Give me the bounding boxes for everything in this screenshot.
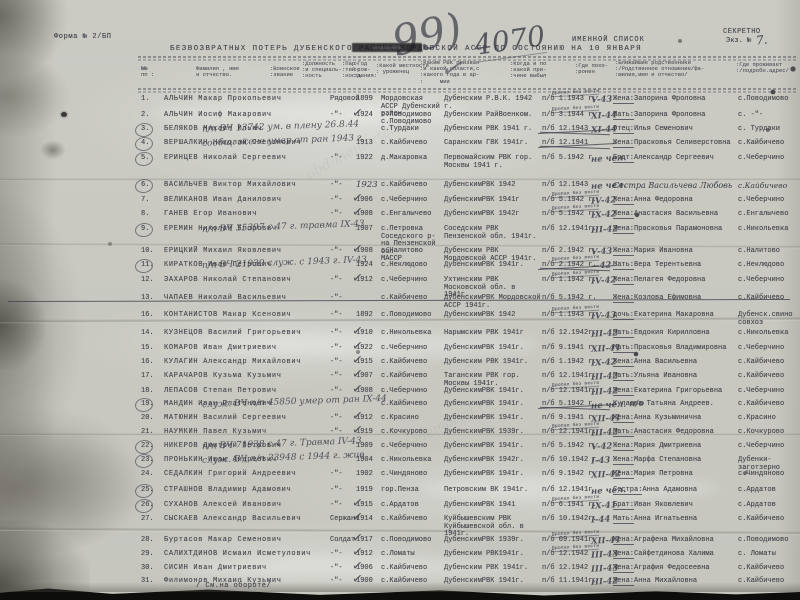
row-residence: с. Ломаты xyxy=(738,551,796,559)
table-row: 12.ЗАХАРОВ Николай Степанович-"-✓1912с.Ч… xyxy=(0,277,800,291)
row-number: 2. xyxy=(141,112,149,120)
row-lost-date: п/б 12.1943 xyxy=(542,182,588,190)
row-drafted-by: Нарымским РВК 1941г xyxy=(444,330,541,338)
row-relative: Жена:Аграфия Федосеевна xyxy=(613,565,710,573)
row-lost-date: п/б 6.1941 г. xyxy=(542,502,597,510)
row-rank: Рядовой xyxy=(330,96,359,104)
row-birthplace: с.Чеберчино xyxy=(381,388,443,396)
row-lost-date: п/б 12.1941г. xyxy=(542,373,597,381)
row-drafted-by: ДубенскимРВК 1941г. xyxy=(444,262,541,270)
row-residence: с.Кайбичево xyxy=(738,565,796,573)
row-lost-date: п/б 12.1941г. xyxy=(542,388,597,396)
row-number: 24. xyxy=(141,471,154,479)
table-row: 3.БЕЛЯКОВ Михаил Ильичс.ТурдакиДубенским… xyxy=(0,126,800,140)
row-residence: с.Кайбичево xyxy=(738,516,796,524)
row-birthplace: с.Кайбичево xyxy=(381,140,443,148)
row-number: 19. xyxy=(141,401,154,409)
row-birthplace: с.Чеберчино xyxy=(381,345,443,353)
table-row: 16.КУЛАГИН Александр Михайлович-"-✓1915с… xyxy=(0,359,800,373)
row-relative: Мать:Анна Игнатьевна xyxy=(613,516,697,524)
row-birthplace: с.Ардатов xyxy=(381,502,443,510)
row-number: 28. xyxy=(141,537,154,545)
row-relative: Жена:Мария Дмитриевна xyxy=(613,443,701,451)
table-row: 28.Буртасов Макар СеменовичСолдат✓1917с.… xyxy=(0,537,800,551)
row-birthplace: с.Никольевка xyxy=(381,457,443,465)
kinship-label: Жена: xyxy=(613,358,634,367)
row-number: 6. xyxy=(141,182,149,190)
kinship-label: Отец: xyxy=(613,125,634,134)
row-drafted-by: ДубенскимРВК 1941г. xyxy=(444,443,541,451)
row-relative: Отец:Илья Семенович xyxy=(613,126,693,134)
row-number: 12. xyxy=(141,277,154,285)
kinship-label: Сестра: xyxy=(613,486,642,495)
row-number: 16. xyxy=(141,312,154,320)
row-rank: -"- xyxy=(330,487,343,495)
row-year: 1915 xyxy=(356,359,373,367)
row-lost-date: п/б 5.1942 г. xyxy=(542,211,597,219)
table-row: 8.ГАНЕВ Егор Иванович-"-✓1908с.Енгалычев… xyxy=(0,211,800,225)
kinship-label: Жена: xyxy=(613,470,634,479)
row-birthplace: с.Поводимово xyxy=(381,537,443,545)
row-year: 1919 xyxy=(356,487,373,495)
table-row: 22.НИКЕРОВ Дмитрий Петрович1909с.Чеберчи… xyxy=(0,443,800,457)
row-relative: Жена:Марфа Степановна xyxy=(613,457,701,465)
row-drafted-by: ДубенскимРВК 1941г. xyxy=(444,471,541,479)
row-birthplace: с.Поводимово xyxy=(381,312,443,320)
row-number: 8. xyxy=(141,211,149,219)
row-number: 10. xyxy=(141,248,154,256)
row-name: СЕДАЛКИН Григорий Андреевич xyxy=(164,471,296,479)
row-drafted-by: Саранским ГВК 1941г. xyxy=(444,140,541,148)
column-header: :Каким РВК призван :и какой области,с :к… xyxy=(420,60,479,85)
row-relative: Кулаева Татьяна Андреев. xyxy=(613,401,714,409)
row-number: 1. xyxy=(141,96,149,104)
row-lost-date: п/б 12.1941г. xyxy=(542,226,597,234)
table-row: 25.СТРАШНОВ Владимир Адамович-"-1919гор.… xyxy=(0,487,800,501)
table-row: 16.КОНТАНИСТОВ Макар Ксенович-"-1892с.По… xyxy=(0,312,800,326)
row-number: 11. xyxy=(141,262,154,270)
row-relative: Жена:Екатерина Григорьевна xyxy=(613,388,722,396)
row-lost-date: п/б 3.1944 г. xyxy=(542,112,597,120)
row-relative: Жена:Мария Ивановна xyxy=(613,248,693,256)
table-row: 21.НАУМКИН Павел Кузьмич-"-✓1919с.Кочкур… xyxy=(0,429,800,443)
row-birthplace: с.Никольевка xyxy=(381,330,443,338)
row-year: 1906 xyxy=(356,197,373,205)
table-row: 10.ЕРИЦКИЙ Михаил Яковлевич-"-✓1908с.Нал… xyxy=(0,248,800,262)
row-drafted-by: Соседским РВК Пензенской обл. 1941г. xyxy=(444,226,541,241)
table-row: 20.МАТЮНИН Василий Сергеевич-"-✓1912с.Кр… xyxy=(0,415,800,429)
row-number: 29. xyxy=(141,551,154,559)
table-row: 1.АЛЬЧИН Макар ПрокопьевичРядовой1899Мор… xyxy=(0,96,800,110)
row-name: ЕРИЦКИЙ Михаил Яковлевич xyxy=(164,248,282,256)
row-name: КОНТАНИСТОВ Макар Ксенович xyxy=(164,312,291,320)
kinship-label: Жена: xyxy=(613,225,634,234)
row-number: 20. xyxy=(141,415,154,423)
row-year: 1902 xyxy=(356,471,373,479)
row-number: 14. xyxy=(141,330,154,338)
row-relative: Жена:Анна Федоровна xyxy=(613,197,693,205)
row-number: 22. xyxy=(141,443,154,451)
row-number: 16. xyxy=(141,359,154,367)
kinship-label: Брат: xyxy=(613,501,634,510)
table-rule xyxy=(138,88,796,90)
row-relative: Брат:Иван Яковлевич xyxy=(613,502,693,510)
row-number: 21. xyxy=(141,429,154,437)
row-number: 3. xyxy=(141,126,149,134)
row-residence: с.Чиндяново xyxy=(738,471,796,479)
row-name: ЗАХАРОВ Николай Степанович xyxy=(164,277,291,285)
row-name: СТРАШНОВ Владимир Адамович xyxy=(164,487,291,495)
row-relative: Мать:Вера Терентьевна xyxy=(613,262,701,270)
row-drafted-by: ДубенскимРВК 1941г. xyxy=(444,345,541,353)
row-lost-date: п/б 9.1942 г. xyxy=(542,471,597,479)
row-year: 1899 xyxy=(356,96,373,104)
kinship-label: Жена: xyxy=(613,536,634,545)
row-birthplace: с.Кайбичево xyxy=(381,516,443,524)
row-name: САЛИХТДИНОВ Исмаил Исметулович xyxy=(164,551,311,559)
row-birthplace: с.Кайбичево xyxy=(381,401,443,409)
row-residence: с.Кайбичево xyxy=(738,373,796,381)
row-lost-date: п/б 1.1943 г. xyxy=(542,312,597,320)
row-relative: Жена:Аграфена Михайловна xyxy=(613,537,714,545)
row-residence: с.Налитово xyxy=(738,248,796,256)
row-number: 18. xyxy=(141,388,154,396)
row-drafted-by: Дубенским РВК 1941г. xyxy=(444,359,541,367)
hand-date-mark: I-44 xyxy=(591,515,611,526)
document-scan: obd-memorial.ru obd-memorial.ru Форма № … xyxy=(0,0,800,600)
row-residence: с. -"- xyxy=(738,112,796,120)
row-rank: -"- xyxy=(330,345,343,353)
row-rank: -"- xyxy=(330,502,343,510)
row-lost-date: п/б 1.1943 г. xyxy=(542,96,597,104)
table-row: 14.КУЗНЕЦОВ Василий Григорьевич-"-✓1910с… xyxy=(0,330,800,344)
row-name: СИСИН Иван Дмитриевич xyxy=(164,565,267,573)
kinship-label: Мать: xyxy=(613,515,634,524)
row-residence: с.Поводимово xyxy=(738,537,796,545)
kinship-label: Жена: xyxy=(613,414,634,423)
row-rank: -"- xyxy=(330,182,343,190)
row-rank: -"- xyxy=(330,359,343,367)
row-rank: -"- xyxy=(330,277,343,285)
row-name: ВЕЛИКАНОВ Иван Данилович xyxy=(164,197,282,205)
table-row: 2.АЛЬЧИН Иосиф Макарович-"-✓1924с.Поводи… xyxy=(0,112,800,126)
row-name: КОМАРОВ Иван Дмитриевич xyxy=(164,345,277,353)
row-name: КУЛАГИН Александр Михайлович xyxy=(164,359,301,367)
hand-date-mark: I-43 xyxy=(591,456,611,467)
kinship-label: Жена: xyxy=(613,387,634,396)
row-relative: Сестра:Анна Адамовна xyxy=(613,487,697,495)
table-row: 29.САЛИХТДИНОВ Исмаил Исметулович-"-✓191… xyxy=(0,551,800,565)
row-year: 1922 xyxy=(356,345,373,353)
row-drafted-by: ДубенскимРВК 1941г. xyxy=(444,415,541,423)
row-drafted-by: Первомайским РВК гор. Москвы 1941 г. xyxy=(444,155,541,170)
row-residence: с.Чеберчино xyxy=(738,345,796,353)
kinship-label: Мать: xyxy=(613,344,634,353)
row-name: СЫСКАЕВ Александр Васильевич xyxy=(164,516,301,524)
row-relative: Жена:Пелагея Федоровна xyxy=(613,277,705,285)
row-residence: с.Чеберчино xyxy=(738,277,796,285)
column-header: :Где похо- :ронен xyxy=(575,63,608,75)
row-residence: с.Ардатов xyxy=(738,502,796,510)
row-birthplace: с.Чеберчино xyxy=(381,443,443,451)
kinship-label: Мать: xyxy=(613,111,634,120)
table-row: 4.ВЕРШАЛКИН Николай Степанович1913с.Кайб… xyxy=(0,140,800,154)
row-lost-date: п/б 12.1942г. xyxy=(542,330,597,338)
row-birthplace: д.Макаровка xyxy=(381,155,443,163)
row-year: 1912 xyxy=(356,277,373,285)
kinship-label: Брат: xyxy=(613,154,634,163)
row-name: КУЗНЕЦОВ Василий Григорьевич xyxy=(164,330,301,338)
row-drafted-by: Дубенским РВК 1941г. xyxy=(444,565,541,573)
row-drafted-by: Дубенским РВК1941г. xyxy=(444,551,541,559)
table-row: 27.СЫСКАЕВ Александр ВасильевичСержант✓1… xyxy=(0,516,800,530)
kinship-label: Жена: xyxy=(613,210,634,219)
row-relative: Жена:Анастасия Васильевна xyxy=(613,211,718,219)
row-drafted-by: ДубенскимРВК 1939г. xyxy=(444,537,541,545)
table-row: 11.КИРАТКОВ Иван Петрович1924с.Неклюдово… xyxy=(0,262,800,276)
row-birthplace: с.Поводимово xyxy=(381,112,443,120)
row-relative: дочь:Екатерина Макаровна xyxy=(613,312,714,320)
ink-specks xyxy=(0,0,2,2)
table-row: 17.КАРАЧАРОВ Кузьма Кузьмич-"-✓1907с.Кай… xyxy=(0,373,800,387)
row-relative: Мать:Анастасия Федоровна xyxy=(613,429,714,437)
row-lost-date: п/б 12.1941г xyxy=(542,487,592,495)
row-relative: Мать:Евдокия Кирилловна xyxy=(613,330,710,338)
copy-number-hand: 7. xyxy=(755,32,768,47)
row-number: 25. xyxy=(141,487,154,495)
column-header: Фамилия , имя и отчество. xyxy=(196,66,239,78)
kinship-label: Жена: xyxy=(613,196,634,205)
row-residence: с.Никольевка xyxy=(738,226,796,234)
row-year: 1892 xyxy=(356,312,373,320)
strike-line xyxy=(540,146,610,149)
row-birthplace: с.Красино xyxy=(381,415,443,423)
row-name: ЕРИНЦЕВ Николай Сергеевич xyxy=(164,155,287,163)
row-number: 5. xyxy=(141,155,149,163)
row-residence: с.Чеберчино xyxy=(738,443,796,451)
row-name: МАТЮНИН Василий Сергеевич xyxy=(164,415,287,423)
row-rank: -"- xyxy=(330,295,343,303)
scan-edge-shadow xyxy=(0,582,800,592)
table-rule xyxy=(138,91,796,93)
row-rank: -"- xyxy=(330,112,343,120)
row-residence: с.Никольевка xyxy=(738,330,796,338)
kinship-label: Жена: xyxy=(613,247,634,256)
row-drafted-by: ДубенскимРВК 1942 xyxy=(444,182,541,190)
row-lost-date: п/б 10.1942г. xyxy=(542,516,597,524)
row-birthplace: с.Ломаты xyxy=(381,551,443,559)
row-residence: с.Неклюдово xyxy=(738,262,796,270)
row-lost-date: п/б 5.1942 г xyxy=(542,155,592,163)
table-rule xyxy=(138,56,796,58)
row-year: 1915 xyxy=(356,502,373,510)
table-row: 15.КОМАРОВ Иван Дмитриевич-"-✓1922с.Чебе… xyxy=(0,345,800,359)
row-drafted-by: ДубенскимРВК 1941г. xyxy=(444,401,541,409)
row-birthplace: гор.Пенза xyxy=(381,487,443,495)
kinship-label: Мать: xyxy=(613,372,634,381)
row-rank: -"- xyxy=(330,373,343,381)
row-residence: с.Ардатов xyxy=(738,487,796,495)
row-year: 1912 xyxy=(356,415,373,423)
row-name: ВАСИЛЬЧЕВ Виктор Михайлович xyxy=(164,182,296,190)
row-drafted-by: ДубенскимРВК Мордовской АССР 1941г. xyxy=(444,295,541,310)
row-name: НАУМКИН Павел Кузьмич xyxy=(164,429,267,437)
row-name: Буртасов Макар Семенович xyxy=(164,537,282,545)
row-name: СУХАНОВ Алексей Иванович xyxy=(164,502,282,510)
kinship-label: Мать: xyxy=(613,329,634,338)
row-year: 1922 xyxy=(356,155,373,163)
kinship-label: Жена: xyxy=(613,139,634,148)
row-relative: Жена:Мария Петровна xyxy=(613,471,693,479)
row-number: 23. xyxy=(141,457,154,465)
row-residence: с. Турдаки xyxy=(738,126,796,134)
row-name: АЛЬЧИН Макар Прокопьевич xyxy=(164,96,282,104)
row-lost-date: п/б 5.1942 г. xyxy=(542,443,597,451)
kinship-label: Жена: xyxy=(613,564,634,573)
row-year: 1908 xyxy=(356,211,373,219)
kinship-label: дочь: xyxy=(613,311,634,320)
row-year-hand: 1923 xyxy=(356,180,378,190)
row-residence: с.Чеберчино xyxy=(738,388,796,396)
table-row: 24.СЕДАЛКИН Григорий Андреевич-"-1902с.Ч… xyxy=(0,471,800,485)
row-number: 7. xyxy=(141,197,149,205)
row-residence: с.Поводимово xyxy=(738,96,796,104)
row-name: АЛЬЧИН Иосиф Макарович xyxy=(164,112,272,120)
row-birthplace: с.Кайбичево xyxy=(381,373,443,381)
row-residence: с.Чеберчино xyxy=(738,155,796,163)
copy-label: Экз. № xyxy=(726,38,751,46)
table-row: 23.ПРОНЬКИН Иван Андреевич1904с.Никольев… xyxy=(0,457,800,471)
row-birthplace: с.Енгалычево xyxy=(381,211,443,219)
column-header: :Год :рож- :дения: xyxy=(354,61,377,80)
row-lost-date: п/б 12.1941г. xyxy=(542,429,597,437)
row-rank: -"- xyxy=(330,565,343,573)
row-relative: Жена:Запорина Фроловна xyxy=(613,96,705,104)
hand-date-mark: V-42 xyxy=(591,441,613,452)
row-drafted-by: ДубенскимРВК 1941г. xyxy=(444,388,541,396)
row-number: 27. xyxy=(141,516,154,524)
kinship-label: Жена: xyxy=(613,456,634,465)
kinship-label: Жена: xyxy=(613,276,634,285)
row-number: 17. xyxy=(141,373,154,381)
row-drafted-by: Дубенским РайВоенком. xyxy=(444,112,541,120)
row-drafted-by: ДубенскимРВК 1939г. xyxy=(444,429,541,437)
row-year: 1912 xyxy=(356,551,373,559)
row-drafted-by: ДубенскимРВК 1942г xyxy=(444,211,541,219)
row-rank: -"- xyxy=(330,471,343,479)
row-lost-date: п/б 12.1942 xyxy=(542,551,588,559)
row-residence: с.Красино xyxy=(738,415,796,423)
row-drafted-by: Дубенским Р.В.К. 1942 г. xyxy=(444,96,541,111)
kinship-label: Мать: xyxy=(613,261,634,270)
kinship-label: Жена: xyxy=(613,442,634,451)
row-birthplace: с.Турдаки xyxy=(381,126,443,134)
table-row: 19.МАНДИН Иван Платоновичс.КайбичевоДубе… xyxy=(0,401,800,415)
table-row: 6.ВАСИЛЬЧЕВ Виктор Михайлович-"-1923с.Ка… xyxy=(0,182,800,196)
row-drafted-by: Петровским ВК 1941г. xyxy=(444,487,541,495)
row-rank: -"- xyxy=(330,551,343,559)
row-birthplace: с.Чеберчино xyxy=(381,197,443,205)
row-name: КАРАЧАРОВ Кузьма Кузьмич xyxy=(164,373,282,381)
row-birthplace: с.Кайбичево xyxy=(381,182,443,190)
row-birthplace: с.Чеберчино xyxy=(381,277,443,285)
row-residence: с.Кайбичево xyxy=(738,140,796,148)
incoming-stamp: ВХОДЯЩИЙ № xyxy=(352,43,422,52)
row-name: ГАНЕВ Егор Иванович xyxy=(164,211,257,219)
row-year: 1914 xyxy=(356,516,373,524)
row-relative: Жена:Прасковья Парамоновна xyxy=(613,226,722,234)
row-residence: с.Кайбичево xyxy=(738,359,796,367)
row-rank: -"- xyxy=(330,197,343,205)
row-rank: -"- xyxy=(330,248,343,256)
row-birthplace: с.Неклюдово xyxy=(381,262,443,270)
row-rank: -"- xyxy=(330,312,343,320)
row-rank: -"- xyxy=(330,415,343,423)
column-header: :Воинское :звание xyxy=(270,66,300,78)
table-row: 7.ВЕЛИКАНОВ Иван Данилович-"-✓1906с.Чебе… xyxy=(0,197,800,211)
row-relative: Мать:Запорина Фроловна xyxy=(613,112,705,120)
row-drafted-by: Таганским РВК гор. Москвы 1941г. xyxy=(444,373,541,388)
row-year: 1910 xyxy=(356,330,373,338)
row-drafted-by: ДубенскимРВК 1941г xyxy=(444,197,541,205)
table-row: 9.ЕРЕМИН Николай Егорович1907с.Петровка … xyxy=(0,226,800,240)
row-drafted-by: ДубенскимРВК 1942 xyxy=(444,312,541,320)
form-number: Форма № 2/БП xyxy=(54,34,112,42)
row-drafted-by: Дубенским РВК 1941 г. xyxy=(444,126,541,134)
column-header: №№ пп : xyxy=(141,66,154,78)
table-row: 13.ЧАПАЕВ Николай Васильевич-"-с.Кайбиче… xyxy=(0,295,800,309)
row-residence: с.Чеберчино xyxy=(738,197,796,205)
row-relative: Мать:Прасковья Владимировна xyxy=(613,345,726,353)
table-row: 26.СУХАНОВ Алексей Иванович-"-✓1915с.Ард… xyxy=(0,502,800,516)
row-number: 26. xyxy=(141,502,154,510)
row-birthplace: с.Кайбичево xyxy=(381,359,443,367)
column-header: :Ближайшие родственники :/Родственное от… xyxy=(615,60,704,79)
row-number: 15. xyxy=(141,345,154,353)
row-relative-hand: Сестра Васильчева Любовь xyxy=(613,181,732,190)
row-drafted-by: ДубенскимРВК 1942г. xyxy=(444,457,541,465)
kinship-label: Жена: xyxy=(613,550,634,559)
row-birthplace: с.Чиндяново xyxy=(381,471,443,479)
row-residence: с.Енгалычево xyxy=(738,211,796,219)
row-number: 4. xyxy=(141,140,149,148)
row-lost-date: п/б 12.1942 xyxy=(542,565,588,573)
column-header: :Когда и по :какой при- :чине выбыл xyxy=(510,61,546,80)
row-birthplace: с.Кайбичево xyxy=(381,565,443,573)
table-row: 5.ЕРИНЦЕВ Николай Сергеевич-"-1922д.Мака… xyxy=(0,155,800,169)
row-residence-hand: с.Кайбичево xyxy=(738,181,787,190)
row-rank: -"- xyxy=(330,330,343,338)
row-lost-date: п/б 9.1941 г. xyxy=(542,345,597,353)
row-relative: Мать:Ульяна Ивановна xyxy=(613,373,697,381)
row-drafted-by: ДубенскимРВК 1941 xyxy=(444,502,541,510)
row-year: 1907 xyxy=(356,373,373,381)
row-rank: -"- xyxy=(330,429,343,437)
row-number: 9. xyxy=(141,226,149,234)
row-year: 1917 xyxy=(356,537,373,545)
title-line1: ИМЕННОЙ СПИСОК xyxy=(572,37,645,45)
kinship-label: Мать: xyxy=(613,428,634,437)
row-residence: с.Кайбичево xyxy=(738,401,796,409)
row-lost-date: п/б 1.1942 г. xyxy=(542,359,597,367)
row-relative: Жена:Сайфетдинова Халима xyxy=(613,551,714,559)
row-rank: -"- xyxy=(330,155,343,163)
row-relative: Жена:Анна Васильевна xyxy=(613,359,697,367)
kinship-label: Жена: xyxy=(613,95,634,104)
column-header: :Должность :и специаль- :ность xyxy=(302,61,342,80)
row-rank: -"- xyxy=(330,211,343,219)
row-residence: Дубенск.свиносовхоз xyxy=(738,312,796,327)
